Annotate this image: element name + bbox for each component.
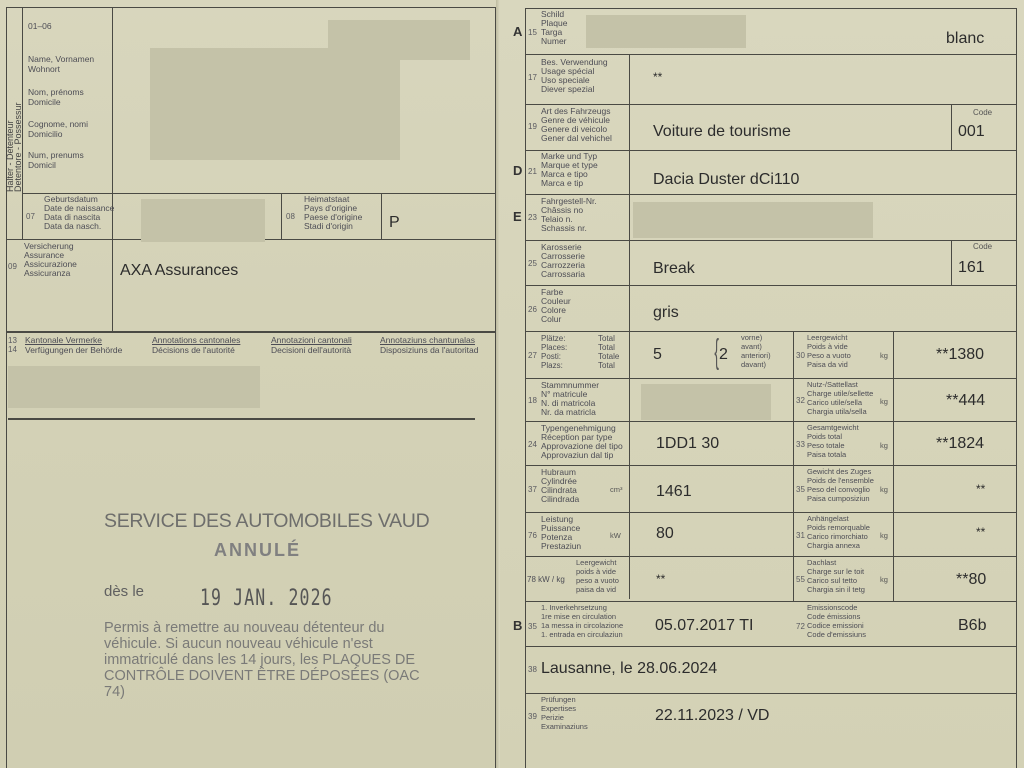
row-divider — [525, 378, 1017, 379]
row-divider — [525, 104, 1017, 105]
power-ratio-no: 78 — [527, 575, 536, 584]
row-divider — [525, 646, 1017, 647]
special-use-value: ** — [653, 70, 662, 84]
redacted-plate-number — [586, 15, 746, 48]
inspections-label-4: Examinaziuns — [541, 723, 588, 732]
seats-total-4: Total — [598, 361, 615, 371]
total-weight-no: 33 — [796, 440, 805, 449]
issue-place-value: Lausanne, le 28.06.2024 — [541, 660, 717, 678]
power-ratio-value: ** — [656, 572, 665, 586]
redacted-holder-name — [150, 48, 400, 160]
annotations-no-2: 14 — [8, 345, 17, 354]
vehicle-type-no: 19 — [528, 122, 537, 131]
empty-weight-label-4: Paisa da vid — [807, 361, 848, 370]
annotations-rule — [8, 418, 475, 420]
row-divider — [525, 331, 1017, 332]
row-divider — [525, 556, 1017, 557]
payload-value: **444 — [946, 392, 985, 410]
body-label-4: Carrossaria — [541, 270, 585, 280]
holder-label-fr-2: Domicile — [28, 98, 61, 108]
row-divider — [525, 285, 1017, 286]
trailer-load-unit: kg — [880, 531, 888, 540]
trailer-load-no: 31 — [796, 531, 805, 540]
plate-no: 15 — [528, 28, 537, 37]
label-column-divider — [629, 54, 630, 599]
sub-column-divider-value — [893, 331, 894, 601]
annotations-no-1: 13 — [8, 336, 17, 345]
total-weight-value: **1824 — [936, 435, 984, 453]
inspections-value: 22.11.2023 / VD — [655, 707, 769, 725]
holder-side-label-2: Detentore - Possessur — [13, 102, 23, 192]
redacted-birthdate — [141, 199, 265, 242]
type-approval-no: 24 — [528, 440, 537, 449]
total-weight-unit: kg — [880, 441, 888, 450]
make-letter: D — [513, 163, 522, 178]
row-divider — [525, 693, 1017, 694]
redacted-annotation — [8, 366, 260, 408]
vehicle-type-value: Voiture de tourisme — [653, 123, 791, 141]
code-divider-body — [951, 240, 952, 285]
sub-column-divider — [793, 331, 794, 601]
power-unit: kW — [610, 531, 621, 540]
first-reg-letter: B — [513, 618, 522, 633]
chassis-no: 23 — [528, 213, 537, 222]
displacement-label-4: Cilindrada — [541, 495, 579, 505]
make-no: 21 — [528, 167, 537, 176]
insurance-value: AXA Assurances — [120, 262, 238, 280]
birthdate-label-4: Data da nasch. — [44, 222, 101, 232]
right-page: A 15 Schild Plaque Targa Numer blanc 17 … — [500, 0, 1024, 768]
type-approval-value: 1DD1 30 — [656, 435, 719, 453]
type-approval-label-4: Approvaziun dal tip — [541, 451, 613, 461]
stamp-status: ANNULÉ — [214, 540, 301, 561]
row-divider — [525, 421, 1017, 422]
train-weight-label-4: Paisa cumposiziun — [807, 495, 870, 504]
redacted-matricule — [641, 384, 771, 420]
seats-label-4: Plazs: — [541, 361, 563, 371]
make-label-4: Marca e tip — [541, 179, 583, 189]
roof-load-value: **80 — [956, 571, 986, 589]
matricule-label-4: Nr. da matricla — [541, 408, 596, 418]
issue-place-no: 38 — [528, 665, 537, 674]
displacement-value: 1461 — [656, 483, 692, 501]
color-label-4: Colur — [541, 315, 561, 325]
vehicle-type-code-label: Code — [973, 108, 992, 117]
left-page: Halter - Détenteur Detentore - Possessur… — [0, 0, 500, 768]
payload-no: 32 — [796, 396, 805, 405]
holder-field-no: 01–06 — [28, 22, 52, 32]
row-divider — [525, 465, 1017, 466]
roof-load-unit: kg — [880, 575, 888, 584]
holder-label-it-2: Domicilio — [28, 130, 62, 140]
seats-value: 5 — [653, 346, 662, 364]
roof-load-label-4: Chargia sin il tetg — [807, 586, 865, 595]
train-weight-no: 35 — [796, 485, 805, 494]
vehicle-type-label-4: Gener dal vehichel — [541, 134, 612, 144]
origin-value: P — [389, 214, 400, 232]
annotations-fr-2: Décisions de l'autorité — [152, 346, 235, 356]
body-value: Break — [653, 260, 695, 278]
emission-code-label-4: Code d'emissiuns — [807, 631, 866, 640]
row-divider — [525, 150, 1017, 151]
stamp-title: SERVICE DES AUTOMOBILES VAUD — [104, 510, 429, 533]
power-no: 76 — [528, 531, 537, 540]
train-weight-value: ** — [976, 482, 985, 496]
empty-weight-value: **1380 — [936, 346, 984, 364]
label-column-divider — [112, 7, 113, 332]
power-ratio-prefix: kW / kg — [538, 575, 565, 584]
power-label-4: Prestaziun — [541, 542, 581, 552]
power-value: 80 — [656, 525, 674, 543]
row-divider — [525, 601, 1017, 602]
annotations-de-2: Verfügungen der Behörde — [25, 346, 122, 356]
divider-origin-right — [381, 193, 382, 239]
first-reg-label-4: 1. entrada en circulaziun — [541, 631, 623, 640]
holder-label-de-2: Wohnort — [28, 65, 60, 75]
displacement-unit: cm³ — [610, 485, 623, 494]
insurance-no: 09 — [8, 262, 17, 271]
empty-weight-no: 30 — [796, 351, 805, 360]
plate-letter: A — [513, 24, 522, 39]
vehicle-type-code: 001 — [958, 123, 985, 141]
inspections-no: 39 — [528, 712, 537, 721]
seats-no: 27 — [528, 351, 537, 360]
special-use-no: 17 — [528, 73, 537, 82]
stamp-since-label: dès le — [104, 583, 144, 600]
annotations-it-2: Decisioni dell'autorità — [271, 346, 351, 356]
body-code-label: Code — [973, 242, 992, 251]
seats-front-label-4: davant) — [741, 361, 766, 370]
chassis-label-4: Schassis nr. — [541, 224, 587, 234]
origin-label-4: Stadi d'origin — [304, 222, 353, 232]
trailer-load-label-4: Chargia annexa — [807, 542, 860, 551]
insurance-label-4: Assicuranza — [24, 269, 70, 279]
code-divider-type — [951, 104, 952, 150]
total-weight-label-4: Paisa totala — [807, 451, 846, 460]
birthdate-no: 07 — [26, 212, 35, 221]
row-divider — [525, 54, 1017, 55]
roof-load-no: 55 — [796, 575, 805, 584]
payload-label-4: Chargia utila/sella — [807, 408, 867, 417]
emission-code-value: B6b — [958, 617, 986, 635]
annotations-rm-2: Disposiziuns da l'autoritad — [380, 346, 478, 356]
make-value: Dacia Duster dCi110 — [653, 171, 799, 189]
power-ratio-label-4: paisa da vid — [576, 586, 616, 595]
train-weight-unit: kg — [880, 485, 888, 494]
seats-front-value: 2 — [719, 346, 728, 364]
color-value: gris — [653, 304, 679, 322]
redacted-chassis — [633, 202, 873, 238]
divider-origin-left — [281, 193, 282, 239]
stamp-date: 19 JAN. 2026 — [200, 586, 333, 611]
emission-code-no: 72 — [796, 622, 805, 631]
holder-label-rm-2: Domicil — [28, 161, 56, 171]
empty-weight-unit: kg — [880, 351, 888, 360]
special-use-label-4: Diever spezial — [541, 85, 594, 95]
first-reg-no: 35 — [528, 622, 537, 631]
origin-no: 08 — [286, 212, 295, 221]
displacement-no: 37 — [528, 485, 537, 494]
matricule-no: 18 — [528, 396, 537, 405]
power-ratio-no-prefix: 78 kW / kg — [527, 575, 565, 585]
body-code: 161 — [958, 259, 985, 277]
plate-label-4: Numer — [541, 37, 567, 47]
row-divider — [525, 512, 1017, 513]
row-divider — [525, 240, 1017, 241]
chassis-letter: E — [513, 209, 522, 224]
stamp-note: Permis à remettre au nouveau détenteur d… — [104, 620, 424, 700]
plate-value: blanc — [946, 30, 984, 48]
trailer-load-value: ** — [976, 525, 985, 539]
body-no: 25 — [528, 259, 537, 268]
row-divider — [525, 194, 1017, 195]
first-reg-value: 05.07.2017 TI — [655, 617, 753, 635]
payload-unit: kg — [880, 397, 888, 406]
color-no: 26 — [528, 305, 537, 314]
